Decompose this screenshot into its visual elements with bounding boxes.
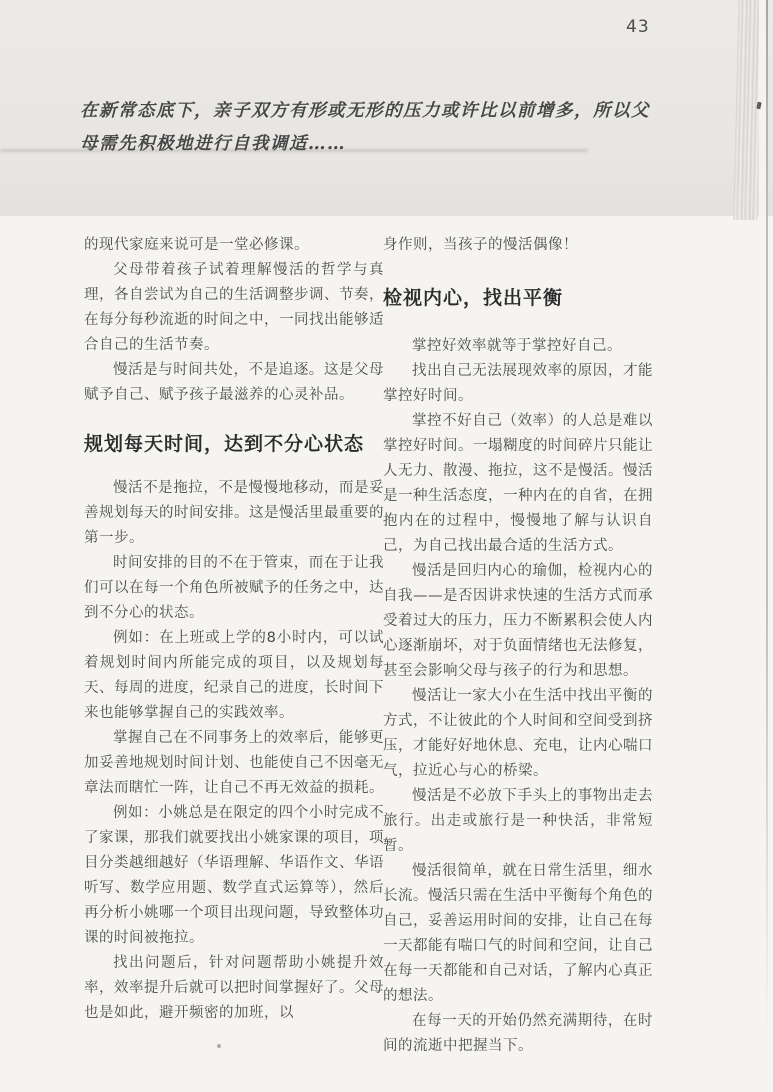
paragraph: 掌控不好自己（效率）的人总是难以掌控好时间。一塌糊度的时间碎片只能让人无力、散漫… (383, 409, 653, 559)
paragraph: 找出自己无法展现效率的原因，才能掌控好时间。 (383, 359, 653, 409)
right-column: 身作则，当孩子的慢活偶像！ 检视内心，找出平衡 掌控好效率就等于掌控好自己。 找… (383, 233, 653, 1059)
section-heading-balance: 检视内心，找出平衡 (383, 284, 653, 312)
paragraph: 慢活不是拖拉，不是慢慢地移动，而是妥善规划每天的时间安排。这是慢活里最重要的第一… (84, 476, 384, 551)
paragraph: 在每一天的开始仍然充满期待，在时间的流逝中把握当下。 (383, 1009, 653, 1059)
scan-dot-artifact (217, 1044, 221, 1048)
paragraph-continuation: 身作则，当孩子的慢活偶像！ (383, 233, 653, 258)
paragraph: 慢活很简单，就在日常生活里，细水长流。慢活只需在生活中平衡每个角色的自己，妥善运… (383, 859, 653, 1009)
left-column: 的现代家庭来说可是一堂必修课。 父母带着孩子试着理解慢活的哲学与真理，各自尝试为… (84, 233, 384, 1026)
section-heading-planning: 规划每天时间，达到不分心状态 (84, 430, 384, 458)
paragraph: 找出问题后，针对问题帮助小姚提升效率，效率提升后就可以把时间掌握好了。父母也是如… (84, 951, 384, 1026)
paragraph: 慢活是不必放下手头上的事物出走去旅行。出走或旅行是一种快活，非常短暂。 (383, 784, 653, 859)
page-number: 43 (626, 17, 650, 37)
paragraph: 掌握自己在不同事务上的效率后，能够更加妥善地规划时间计划、也能使自己不因毫无章法… (84, 726, 384, 801)
paragraph: 慢活是回归内心的瑜伽，检视内心的自我——是否因讲求快速的生活方式而承受着过大的压… (383, 559, 653, 684)
paragraph: 慢活是与时间共处，不是追逐。这是父母赋予自己、赋予孩子最滋养的心灵补品。 (84, 358, 384, 408)
paragraph: 慢活让一家大小在生活中找出平衡的方式，不让彼此的个人时间和空间受到挤压，才能好好… (383, 684, 653, 784)
paragraph: 掌控好效率就等于掌控好自己。 (383, 334, 653, 359)
paragraph-continuation: 的现代家庭来说可是一堂必修课。 (84, 233, 384, 258)
paragraph: 例如：小姚总是在限定的四个小时完成不了家课，那我们就要找出小姚家课的项目，项目分… (84, 801, 384, 951)
pull-quote: 在新常态底下，亲子双方有形或无形的压力或许比以前增多，所以父母需先积极地进行自我… (80, 95, 665, 161)
paragraph: 父母带着孩子试着理解慢活的哲学与真理，各自尝试为自己的生活调整步调、节奏，在每分… (84, 258, 384, 358)
paragraph: 时间安排的目的不在于管束，而在于让我们可以在每一个角色所被赋予的任务之中，达到不… (84, 551, 384, 626)
paragraph: 例如：在上班或上学的8小时内，可以试着规划时间内所能完成的项目，以及规划每天、每… (84, 626, 384, 726)
page-edge-line-artifact (766, 0, 768, 1040)
